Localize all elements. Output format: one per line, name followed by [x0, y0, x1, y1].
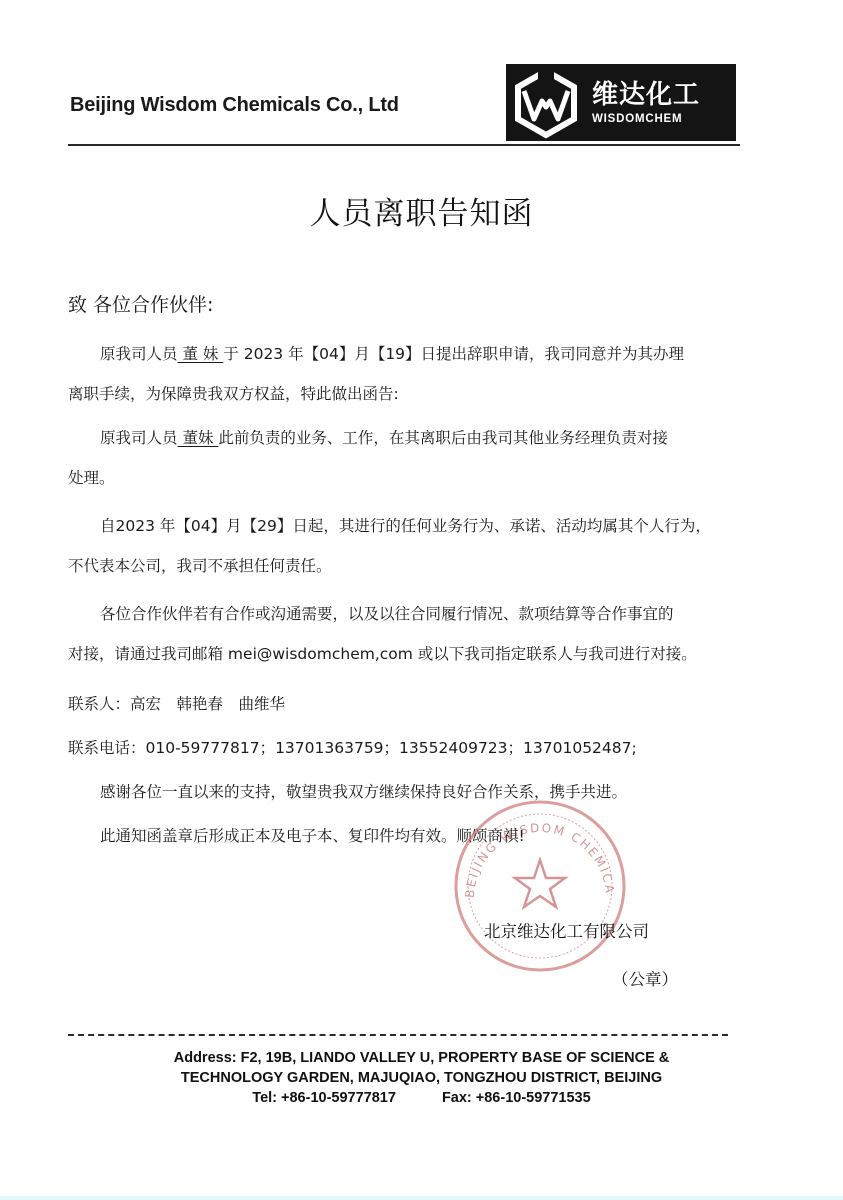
thanks-line: 感谢各位一直以来的支持，敬望贵我双方继续保持良好合作关系，携手共进。 — [68, 772, 780, 812]
contact-persons: 联系人：高宏 韩艳春 曲维华 — [68, 684, 748, 724]
company-seal-stamp-icon: BEIJING WISDOM CHEMICALS CO., LTD — [452, 798, 628, 974]
employee-name: 董 妹 — [178, 345, 224, 363]
text-line: 处理。 — [68, 458, 748, 498]
employee-name: 董妹 — [178, 429, 219, 447]
scan-edge — [0, 1196, 843, 1200]
salutation: 致 各位合作伙伴: — [68, 290, 213, 317]
seal-label: （公章） — [612, 966, 678, 990]
company-name-en: Beijing Wisdom Chemicals Co., Ltd — [70, 94, 399, 117]
validity-line: 此通知函盖章后形成正本及电子本、复印件均有效。顺颂商祺! — [68, 816, 780, 856]
text-line: 不代表本公司，我司不承担任何责任。 — [68, 546, 748, 586]
svg-text:BEIJING WISDOM CHEMICALS CO.,: BEIJING WISDOM CHEMICALS CO., LTD — [452, 798, 617, 898]
paragraph-contact-instructions: 各位合作伙伴若有合作或沟通需要，以及以往合同履行情况、款项结算等合作事宜的 对接… — [68, 594, 748, 674]
text-segment: 原我司人员 — [100, 345, 178, 363]
header-divider — [68, 144, 740, 146]
text-segment: 于 2023 年【04】月【19】日提出辞职申请，我司同意并为其办理 — [223, 345, 684, 363]
footer-address-block: Address: F2, 19B, LIANDO VALLEY U, PROPE… — [0, 1048, 843, 1108]
text-segment: 原我司人员 — [100, 429, 178, 447]
paragraph-resignation: 原我司人员 董 妹 于 2023 年【04】月【19】日提出辞职申请，我司同意并… — [68, 334, 748, 414]
w-hexagon-logo-icon — [506, 64, 586, 141]
contact-phones: 联系电话：010-59777817；13701363759；1355240972… — [68, 728, 748, 768]
telephone-number: Tel: +86-10-59777817 — [252, 1088, 396, 1108]
logo-text-cn: 维达化工 — [592, 80, 700, 110]
email-line: 对接，请通过我司邮箱 mei@wisdomchem,com 或以下我司指定联系人… — [68, 634, 748, 674]
document-page: Beijing Wisdom Chemicals Co., Ltd 维达化工 W… — [0, 0, 843, 1200]
logo-text-en: WISDOMCHEM — [592, 113, 700, 125]
text-line: 自2023 年【04】月【29】日起，其进行的任何业务行为、承诺、活动均属其个人… — [68, 506, 748, 546]
address-line: Address: F2, 19B, LIANDO VALLEY U, PROPE… — [0, 1048, 843, 1068]
document-title: 人员离职告知函 — [0, 188, 843, 233]
footer-divider — [68, 1034, 728, 1036]
address-line: TECHNOLOGY GARDEN, MAJUQIAO, TONGZHOU DI… — [0, 1068, 843, 1088]
text-line: 各位合作伙伴若有合作或沟通需要，以及以往合同履行情况、款项结算等合作事宜的 — [68, 594, 748, 634]
paragraph-effective-date: 自2023 年【04】月【29】日起，其进行的任何业务行为、承诺、活动均属其个人… — [68, 506, 748, 586]
text-segment: 此前负责的业务、工作，在其离职后由我司其他业务经理负责对接 — [218, 429, 668, 447]
signature-company-name: 北京维达化工有限公司 — [484, 918, 649, 942]
company-logo: 维达化工 WISDOMCHEM — [506, 64, 736, 141]
paragraph-handover: 原我司人员 董妹 此前负责的业务、工作，在其离职后由我司其他业务经理负责对接 处… — [68, 418, 748, 498]
text-line: 离职手续，为保障贵我双方权益，特此做出函告: — [68, 374, 748, 414]
fax-number: Fax: +86-10-59771535 — [442, 1088, 591, 1108]
